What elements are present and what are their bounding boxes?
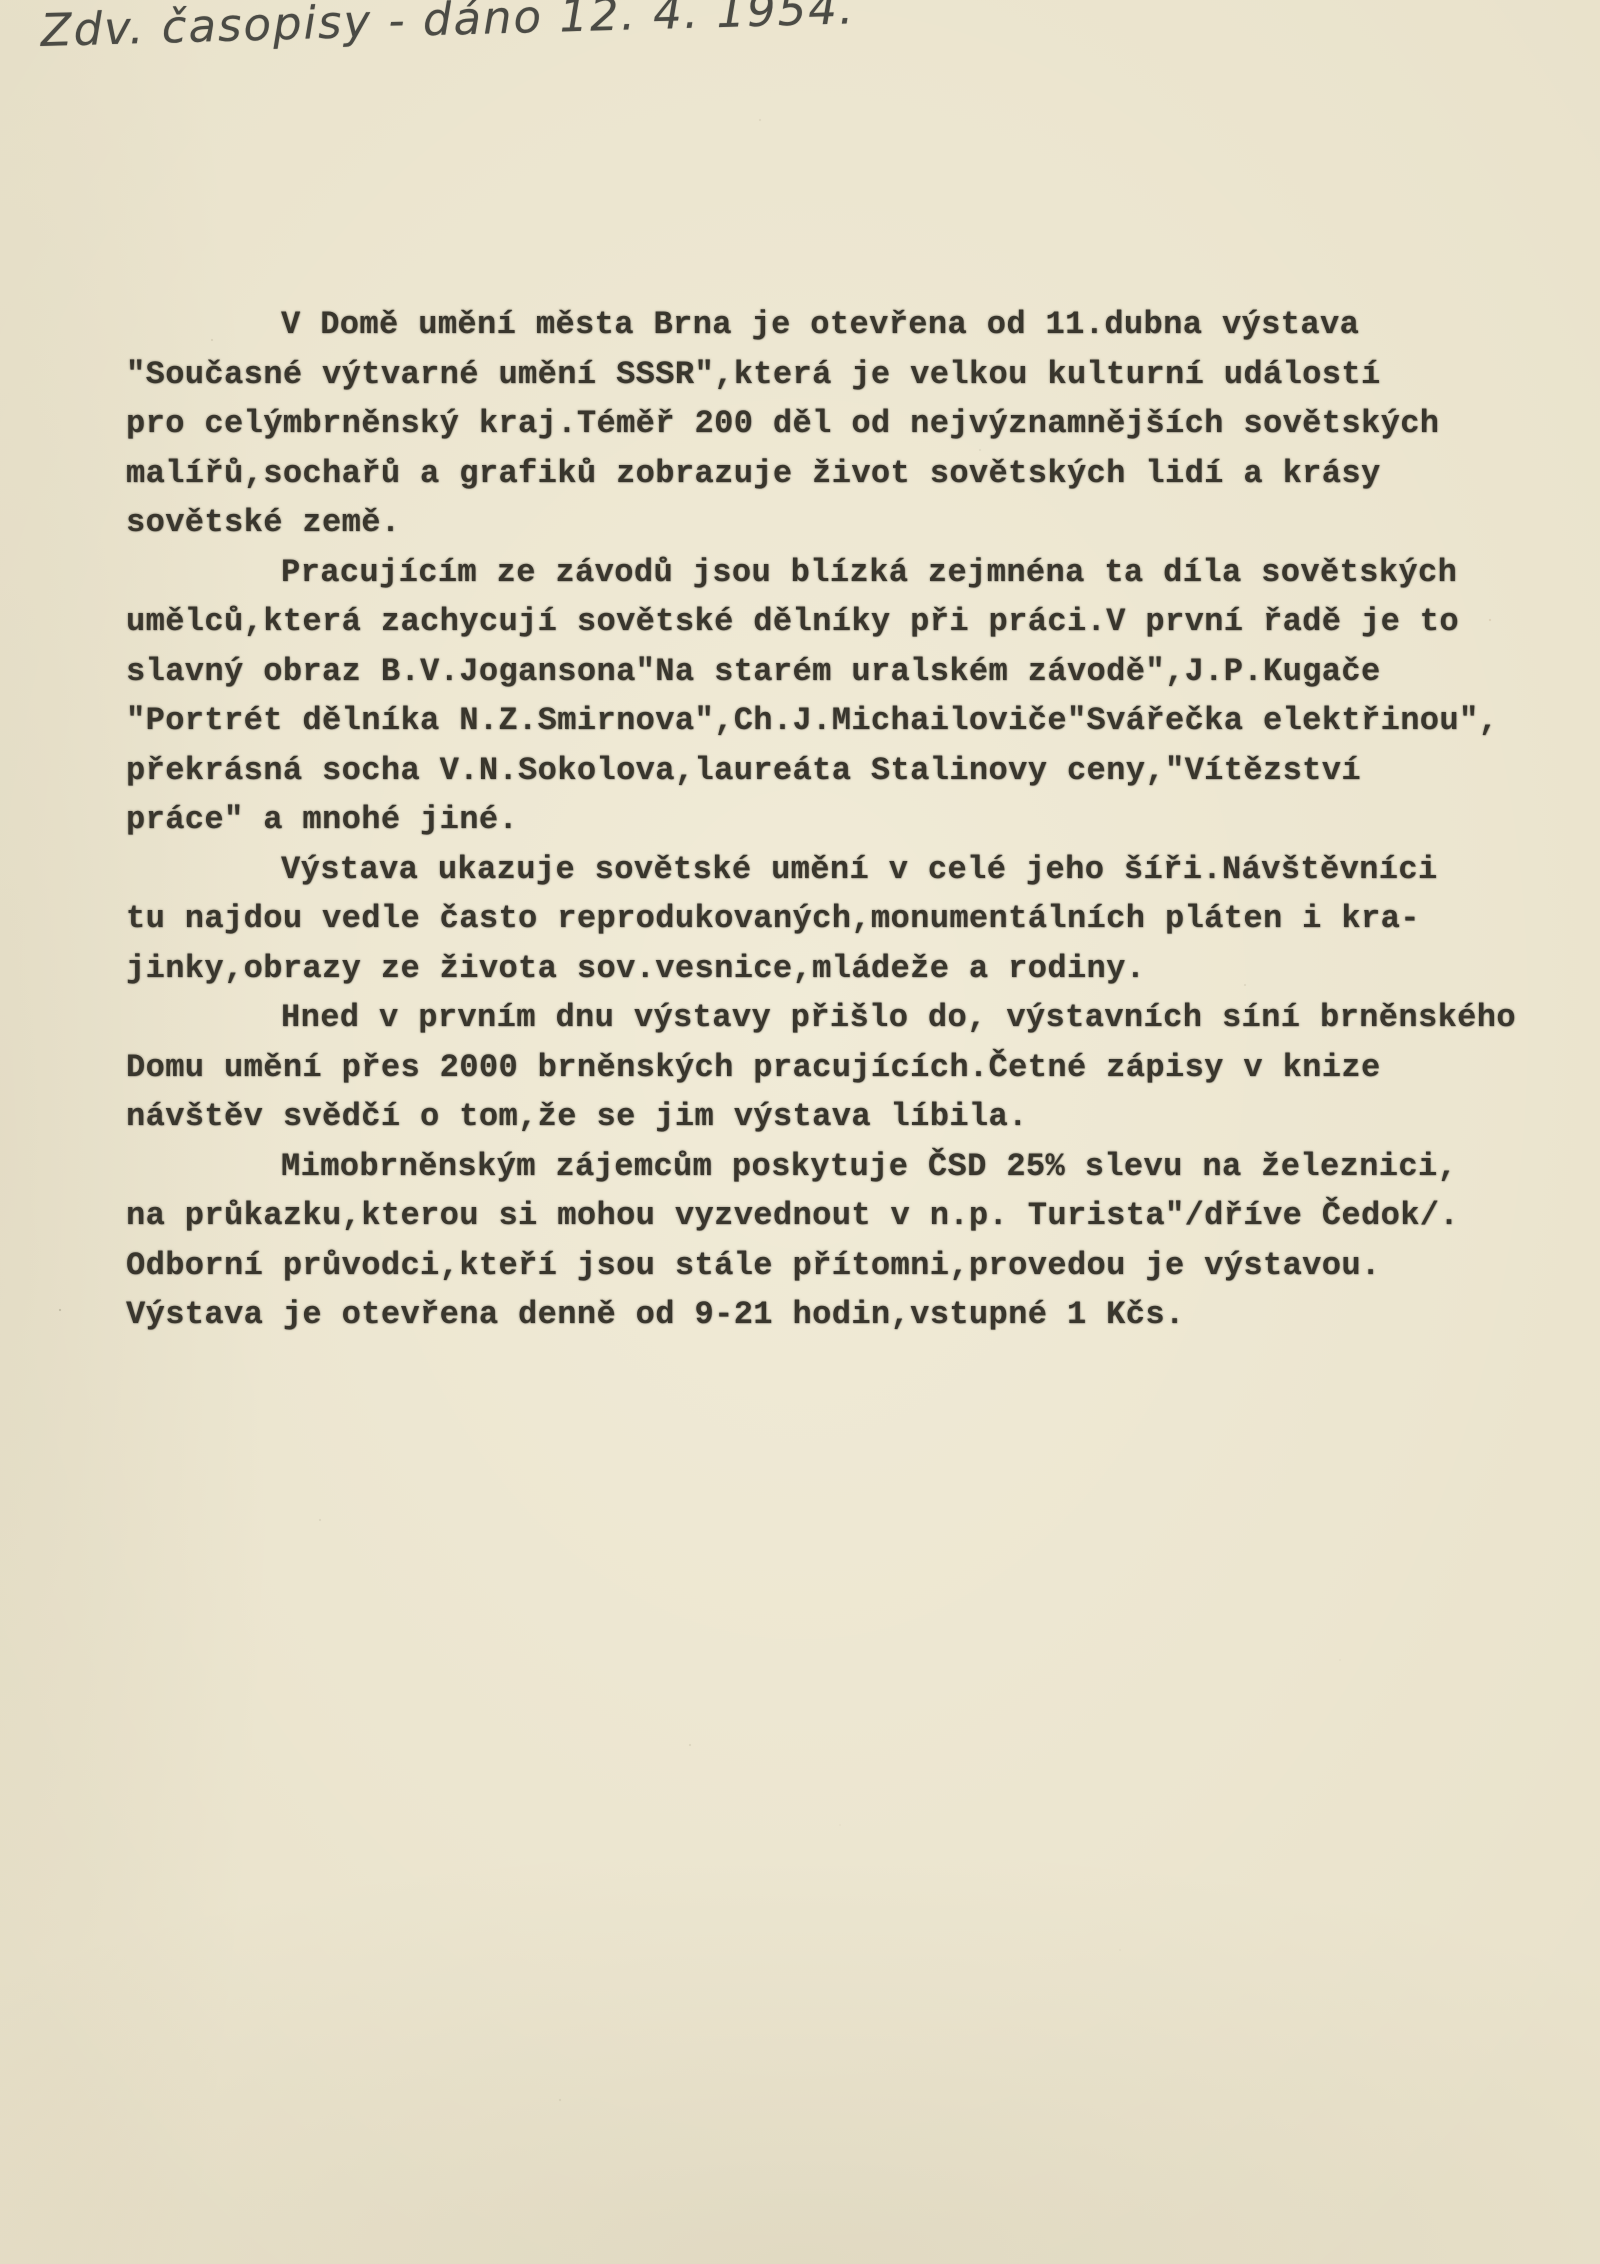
typed-line: Hned v prvním dnu výstavy přišlo do, výs… <box>126 993 1526 1043</box>
typed-line: jinky,obrazy ze života sov.vesnice,mláde… <box>126 944 1526 994</box>
typed-line: překrásná socha V.N.Sokolova,laureáta St… <box>126 746 1526 796</box>
paragraph: Výstava ukazuje sovětské umění v celé je… <box>126 845 1526 994</box>
typed-line: na průkazku,kterou si mohou vyzvednout v… <box>126 1191 1526 1241</box>
typed-line: Odborní průvodci,kteří jsou stále přítom… <box>126 1241 1526 1291</box>
paragraph: Pracujícím ze závodů jsou blízká zejmnén… <box>126 548 1526 845</box>
paragraph: Hned v prvním dnu výstavy přišlo do, výs… <box>126 993 1526 1142</box>
typed-line: tu najdou vedle často reprodukovaných,mo… <box>126 894 1526 944</box>
typed-line: sovětské země. <box>126 498 1526 548</box>
typed-line: slavný obraz B.V.Jogansona"Na starém ura… <box>126 647 1526 697</box>
typed-line: Domu umění přes 2000 brněnských pracujíc… <box>126 1043 1526 1093</box>
typed-line: umělců,která zachycují sovětské dělníky … <box>126 597 1526 647</box>
paragraph: Mimobrněnským zájemcům poskytuje ČSD 25%… <box>126 1142 1526 1340</box>
typed-line: Mimobrněnským zájemcům poskytuje ČSD 25%… <box>126 1142 1526 1192</box>
typed-line: Výstava ukazuje sovětské umění v celé je… <box>126 845 1526 895</box>
typed-line: "Portrét dělníka N.Z.Smirnova",Ch.J.Mich… <box>126 696 1526 746</box>
typewritten-text-block: V Domě umění města Brna je otevřena od 1… <box>126 300 1526 1340</box>
typed-line: malířů,sochařů a grafiků zobrazuje život… <box>126 449 1526 499</box>
paragraph: V Domě umění města Brna je otevřena od 1… <box>126 300 1526 548</box>
typed-line: návštěv svědčí o tom,že se jim výstava l… <box>126 1092 1526 1142</box>
typed-line: práce" a mnohé jiné. <box>126 795 1526 845</box>
typed-line: Pracujícím ze závodů jsou blízká zejmnén… <box>126 548 1526 598</box>
typed-line: Výstava je otevřena denně od 9-21 hodin,… <box>126 1290 1526 1340</box>
typed-line: pro celýmbrněnský kraj.Téměř 200 děl od … <box>126 399 1526 449</box>
typed-line: V Domě umění města Brna je otevřena od 1… <box>126 300 1526 350</box>
typed-line: "Současné výtvarné umění SSSR",která je … <box>126 350 1526 400</box>
